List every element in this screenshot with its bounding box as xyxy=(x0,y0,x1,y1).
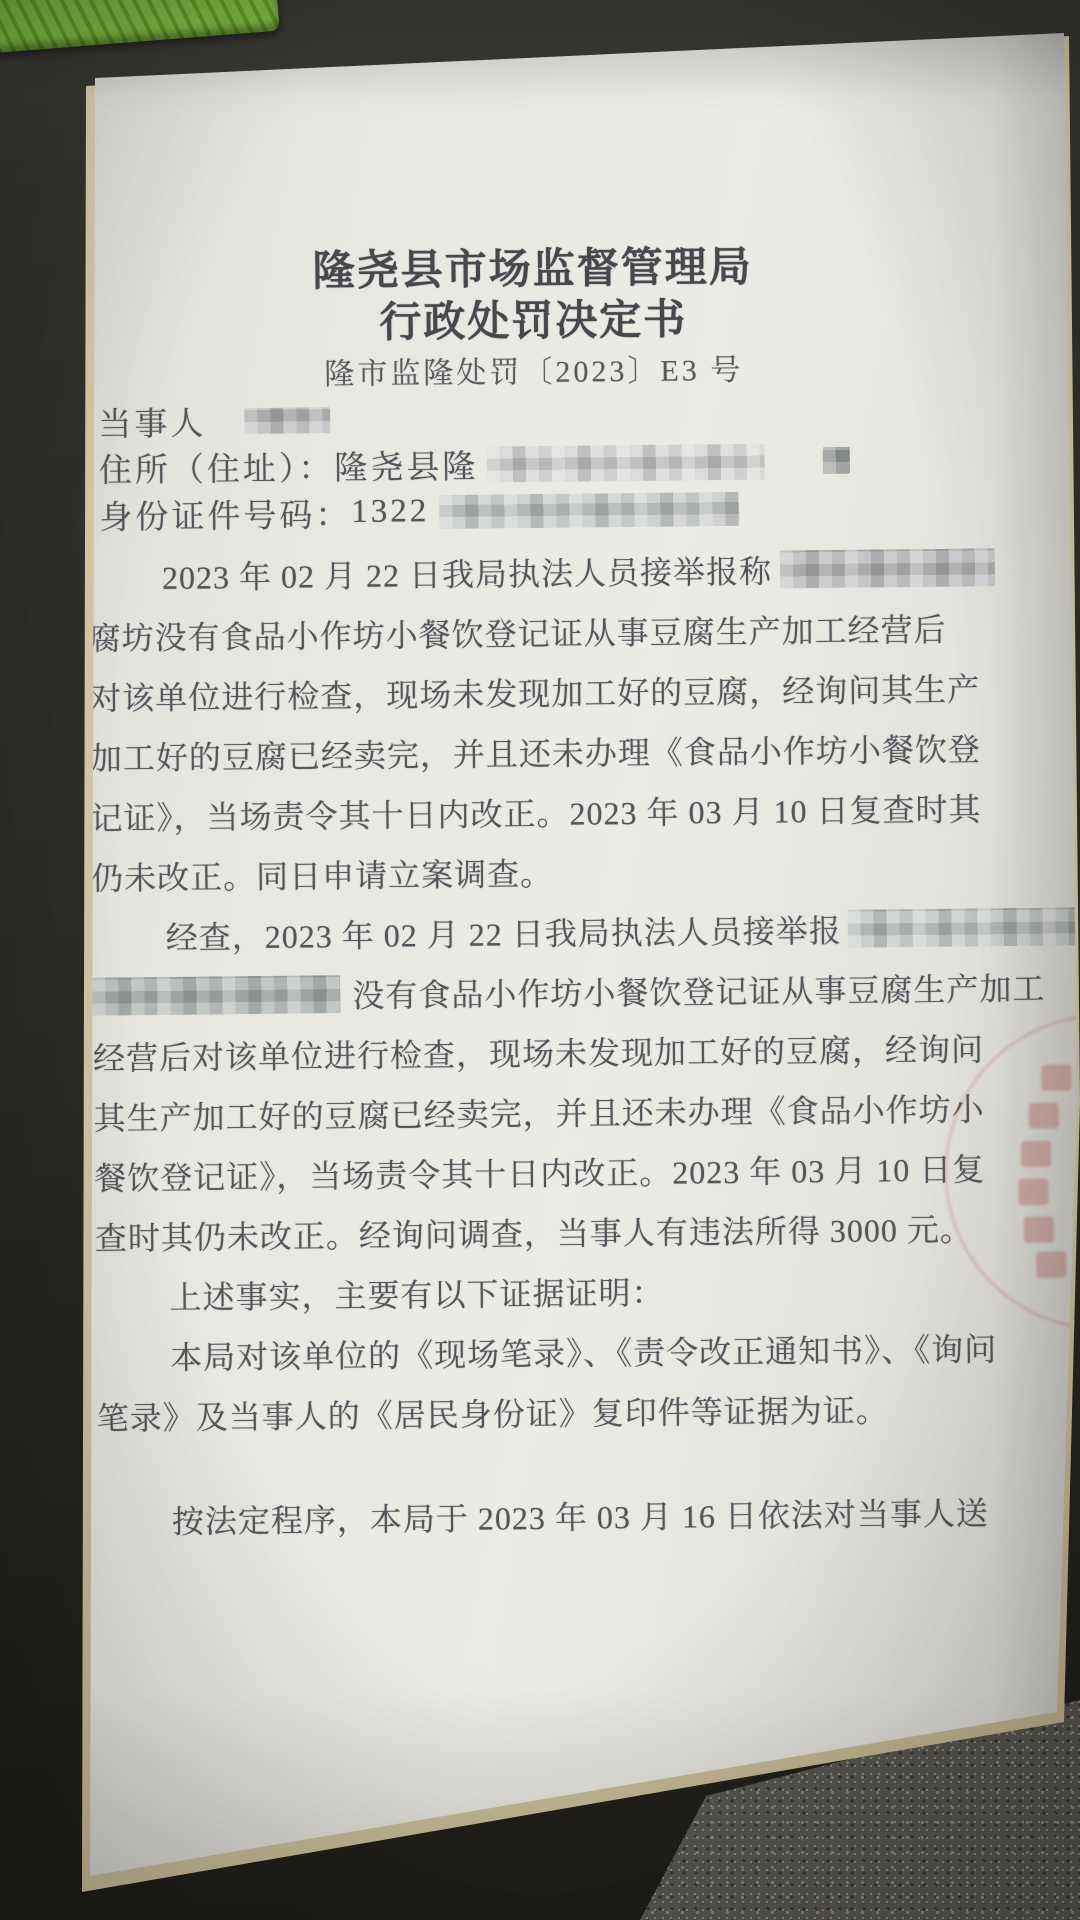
body-text: 腐坊没有食品小作坊小餐饮登记证从事豆腐生产加工经营后 xyxy=(88,605,946,660)
id-prefix: 1322 xyxy=(351,493,429,531)
party-line: 当事人 xyxy=(98,396,330,445)
body-line: 记证》，当场责令其十日内改正。2023 年 03 月 10 日复查时其 xyxy=(90,776,1077,846)
redaction-mosaic-party-name xyxy=(244,407,330,434)
address-prefix: 隆尧县隆 xyxy=(334,441,478,490)
body-line: 对该单位进行检查，现场未发现加工好的豆腐，经询问其生产 xyxy=(89,656,1076,726)
body-text: 记证》，当场责令其十日内改正。2023 年 03 月 10 日复查时其 xyxy=(90,784,981,839)
document-number: 隆市监隆处罚〔2023〕E3 号 xyxy=(54,342,1014,396)
id-number-line: 身份证件号码： 1322 xyxy=(99,485,739,539)
green-notebook-edge xyxy=(0,0,280,53)
body-text: 按法定程序，本局于 2023 年 03 月 16 日依法对当事人送 xyxy=(172,1488,989,1543)
body-text: 笔录》及当事人的《居民身份证》复印件等证据为证。 xyxy=(97,1385,889,1439)
photo-of-document: 隆尧县市场监督管理局 行政处罚决定书 隆市监隆处罚〔2023〕E3 号 当事人 … xyxy=(0,0,1080,1920)
body-line: 经查，2023 年 02 月 22 日我局执法人员接举报 xyxy=(91,896,1078,966)
body-text: 其生产加工好的豆腐已经卖完，并且还未办理《食品小作坊小 xyxy=(93,1084,984,1139)
document-page: 隆尧县市场监督管理局 行政处罚决定书 隆市监隆处罚〔2023〕E3 号 当事人 … xyxy=(0,0,1080,1920)
body-text: 没有食品小作坊小餐饮登记证从事豆腐生产加工 xyxy=(352,964,1045,1017)
body-line: 本局对该单位的《现场笔录》、《责令改正通知书》、《询问 xyxy=(96,1316,1080,1386)
redaction-mosaic-inline xyxy=(848,907,1080,948)
redaction-mosaic-address-tail xyxy=(822,447,849,474)
seal-mark xyxy=(1024,1217,1054,1243)
seal-mark xyxy=(1029,1103,1059,1129)
document-body: 2023 年 02 月 22 日我局执法人员接举报称 腐坊没有食品小作坊小餐饮登… xyxy=(88,536,1080,1550)
body-line: 按法定程序，本局于 2023 年 03 月 16 日依法对当事人送 xyxy=(98,1480,1080,1550)
body-text: 加工好的豆腐已经卖完，并且还未办理《食品小作坊小餐饮登 xyxy=(90,724,981,779)
seal-mark xyxy=(1036,1252,1066,1278)
party-label: 当事人 xyxy=(98,397,206,445)
body-text: 本局对该单位的《现场笔录》、《责令改正通知书》、《询问 xyxy=(170,1324,997,1379)
document-content: 隆尧县市场监督管理局 行政处罚决定书 隆市监隆处罚〔2023〕E3 号 当事人 … xyxy=(0,0,1080,1920)
body-text: 经查，2023 年 02 月 22 日我局执法人员接举报 xyxy=(165,906,841,959)
body-text: 对该单位进行检查，现场未发现加工好的豆腐，经询问其生产 xyxy=(89,664,980,719)
redaction-mosaic-inline xyxy=(92,975,340,1016)
body-line: 查时其仍未改正。经询问调查，当事人有违法所得 3000 元。 xyxy=(95,1196,1080,1266)
body-line: 加工好的豆腐已经卖完，并且还未办理《食品小作坊小餐饮登 xyxy=(90,716,1077,786)
body-text: 仍未改正。同日申请立案调查。 xyxy=(91,849,553,900)
body-line: 经营后对该单位进行检查，现场未发现加工好的豆腐，经询问 xyxy=(93,1016,1080,1086)
body-text: 上述事实，主要有以下证据证明： xyxy=(169,1268,664,1319)
redaction-mosaic-address xyxy=(486,443,764,482)
body-line: 其生产加工好的豆腐已经卖完，并且还未办理《食品小作坊小 xyxy=(93,1076,1080,1146)
id-label: 身份证件号码： xyxy=(99,489,351,539)
body-line: 仍未改正。同日申请立案调查。 xyxy=(91,836,1078,906)
body-text: 查时其仍未改正。经询问调查，当事人有违法所得 3000 元。 xyxy=(95,1204,973,1259)
seal-mark xyxy=(1041,1064,1071,1090)
seal-mark xyxy=(1018,1179,1048,1205)
body-line: 餐饮登记证》，当场责令其十日内改正。2023 年 03 月 10 日复 xyxy=(94,1136,1080,1206)
body-line: 没有食品小作坊小餐饮登记证从事豆腐生产加工 xyxy=(92,956,1079,1026)
body-line: 上述事实，主要有以下证据证明： xyxy=(95,1256,1080,1326)
address-label: 住所（住址）： xyxy=(99,442,335,491)
redaction-mosaic-inline xyxy=(780,548,995,588)
body-text: 2023 年 02 月 22 日我局执法人员接举报称 xyxy=(162,547,772,599)
body-text: 餐饮登记证》，当场责令其十日内改正。2023 年 03 月 10 日复 xyxy=(94,1144,985,1199)
body-text: 经营后对该单位进行检查，现场未发现加工好的豆腐，经询问 xyxy=(93,1024,984,1079)
seal-mark xyxy=(1021,1141,1051,1167)
body-line: 2023 年 02 月 22 日我局执法人员接举报称 xyxy=(88,536,1075,606)
redaction-mosaic-id-number xyxy=(439,491,739,528)
body-line: 笔录》及当事人的《居民身份证》复印件等证据为证。 xyxy=(96,1376,1080,1446)
body-line: 腐坊没有食品小作坊小餐饮登记证从事豆腐生产加工经营后 xyxy=(88,596,1075,666)
red-seal-partial xyxy=(1013,1062,1080,1278)
address-line: 住所（住址）： 隆尧县隆 xyxy=(99,437,850,492)
